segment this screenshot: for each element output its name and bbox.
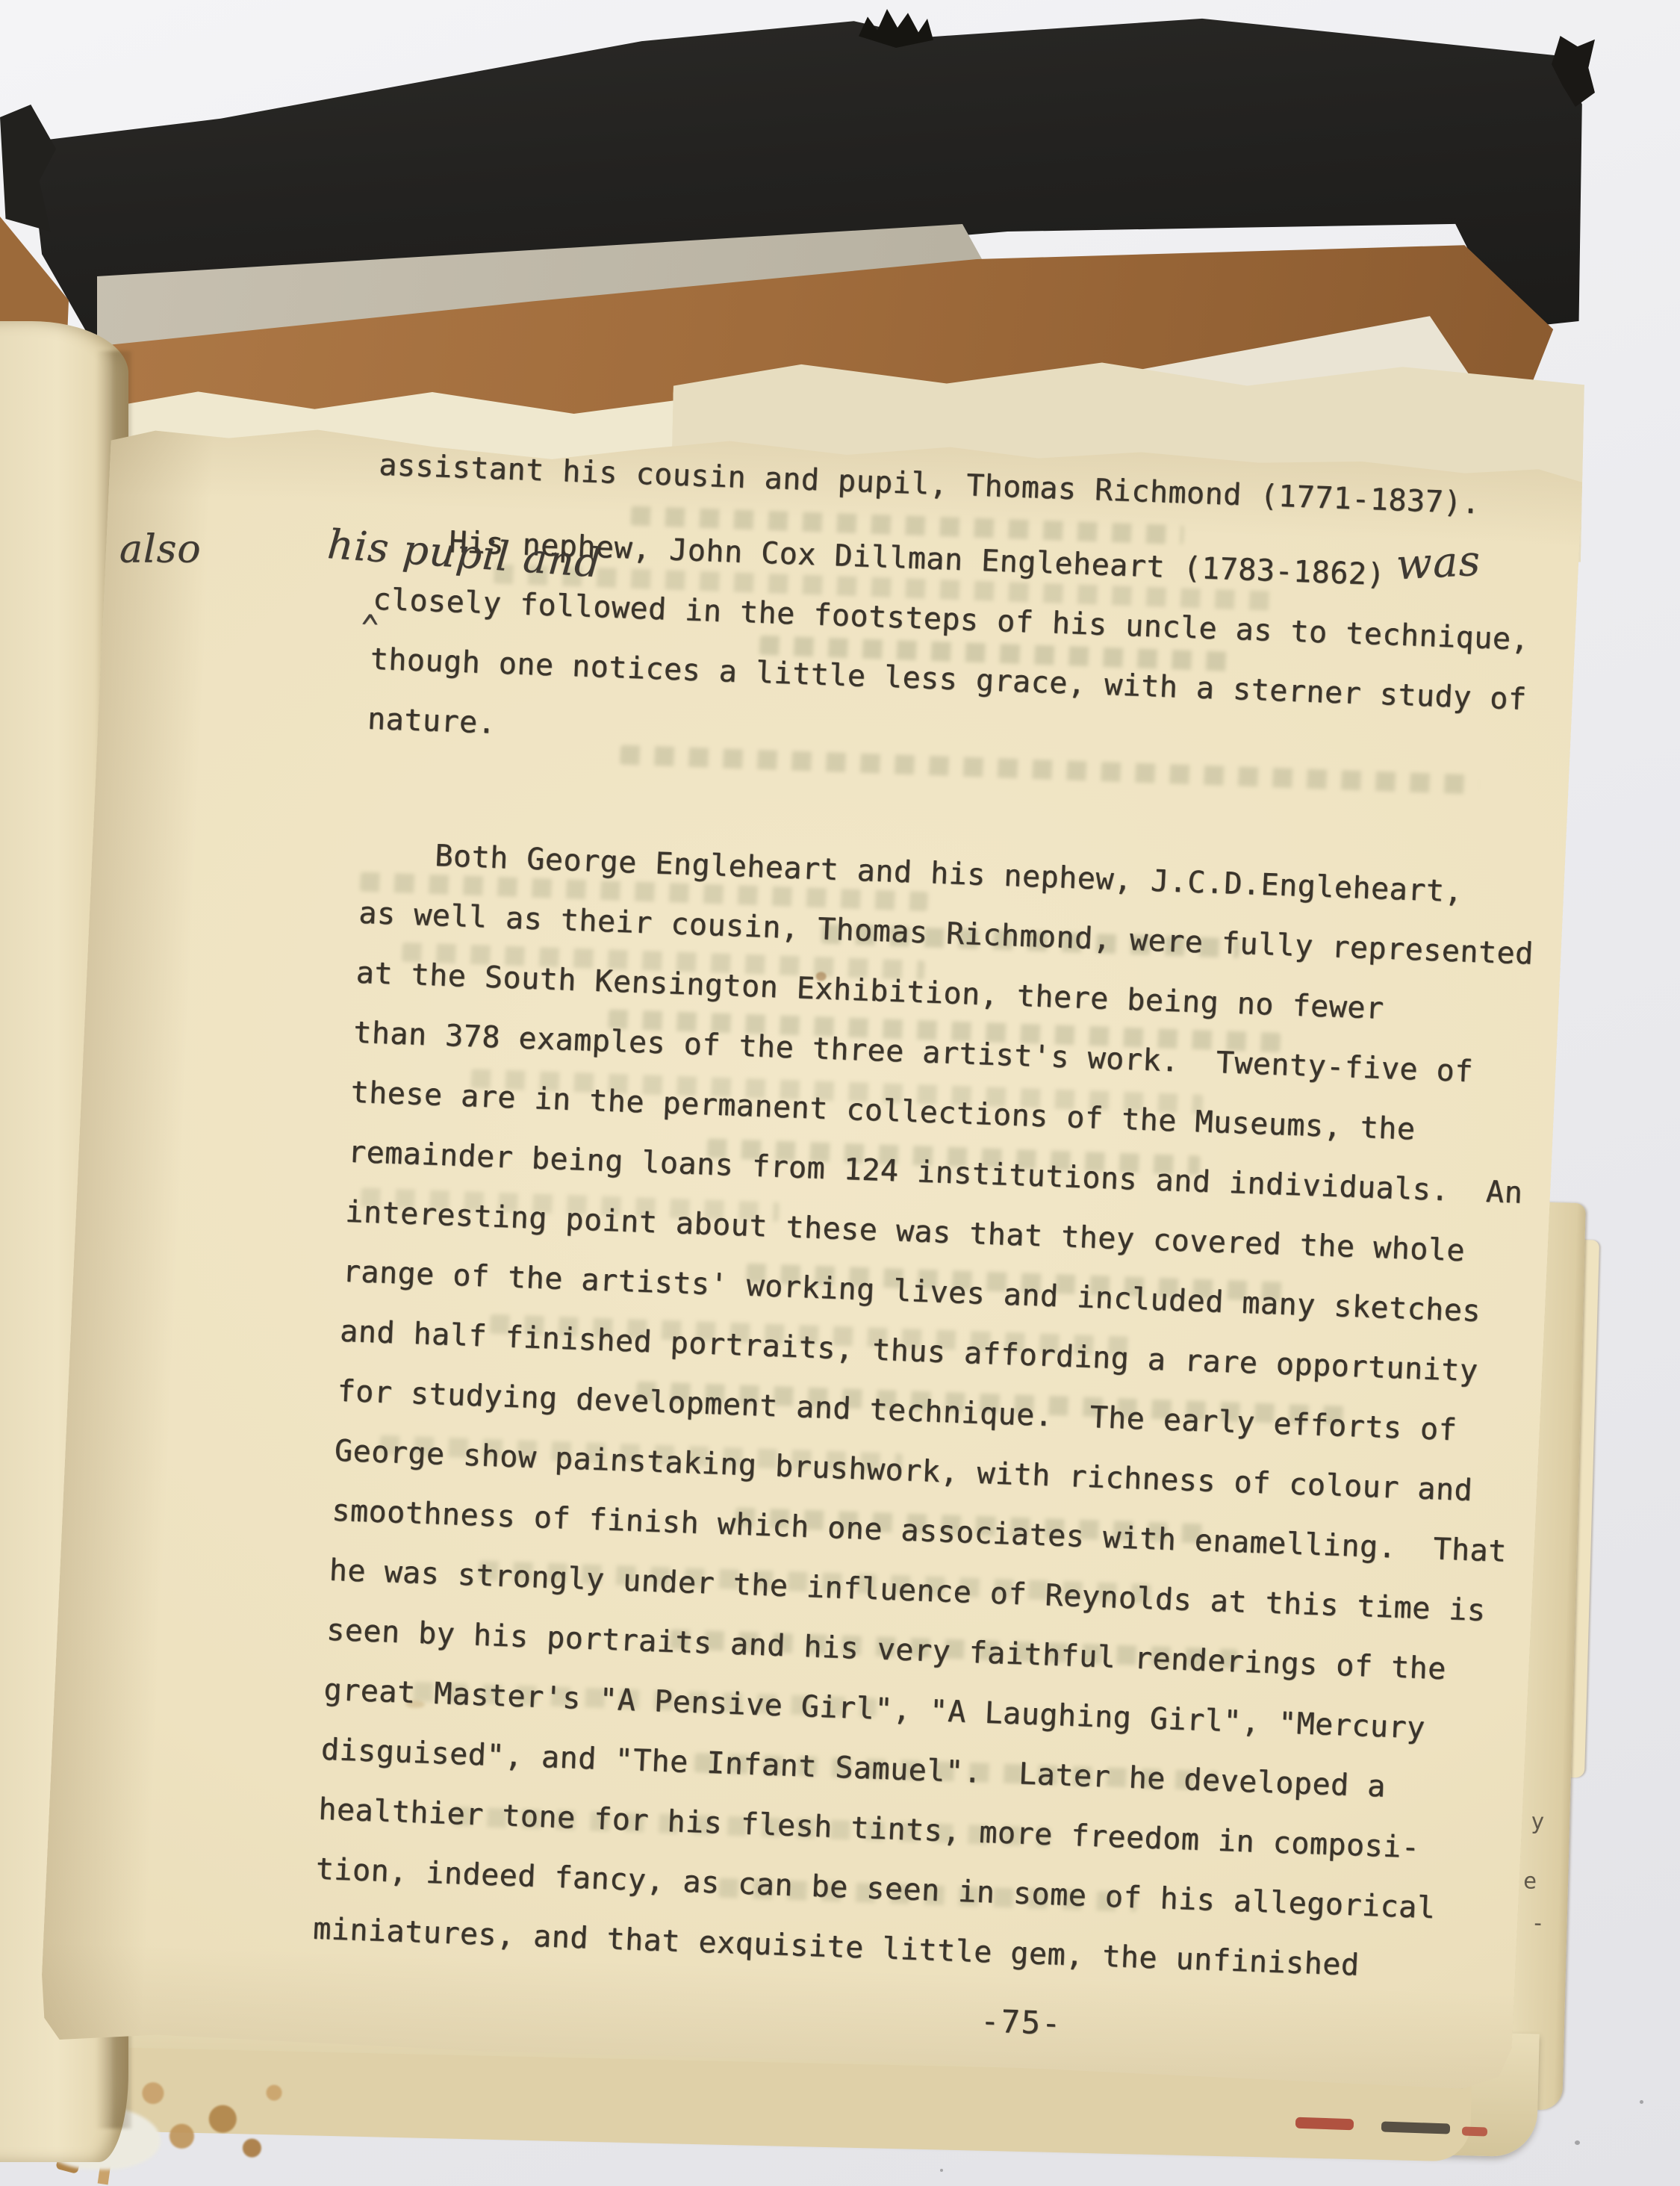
page-number: -75- (980, 2002, 1063, 2042)
dust-speck (940, 2169, 943, 2172)
underpage-letter-fragment: - (1531, 1910, 1545, 1937)
underpage-letter-fragment: e (1523, 1868, 1537, 1894)
dust-speck (1575, 2140, 1580, 2145)
photograph-of-manuscript-page: { "document": { "page_number": "-75-", "… (0, 0, 1680, 2186)
insertion-caret: ^ (360, 607, 379, 650)
red-edge-mark (1295, 2117, 1354, 2131)
dust-speck (1640, 2100, 1643, 2104)
handwritten-margin-word: also (119, 527, 202, 572)
underpage-letter-fragment: y (1531, 1809, 1545, 1835)
handwritten-inline-word: was (1395, 536, 1481, 589)
red-edge-mark (1462, 2126, 1487, 2136)
manuscript-page: assistant his cousin and pupil, Thomas R… (39, 414, 1583, 2090)
typed-line: nature. (367, 704, 497, 739)
